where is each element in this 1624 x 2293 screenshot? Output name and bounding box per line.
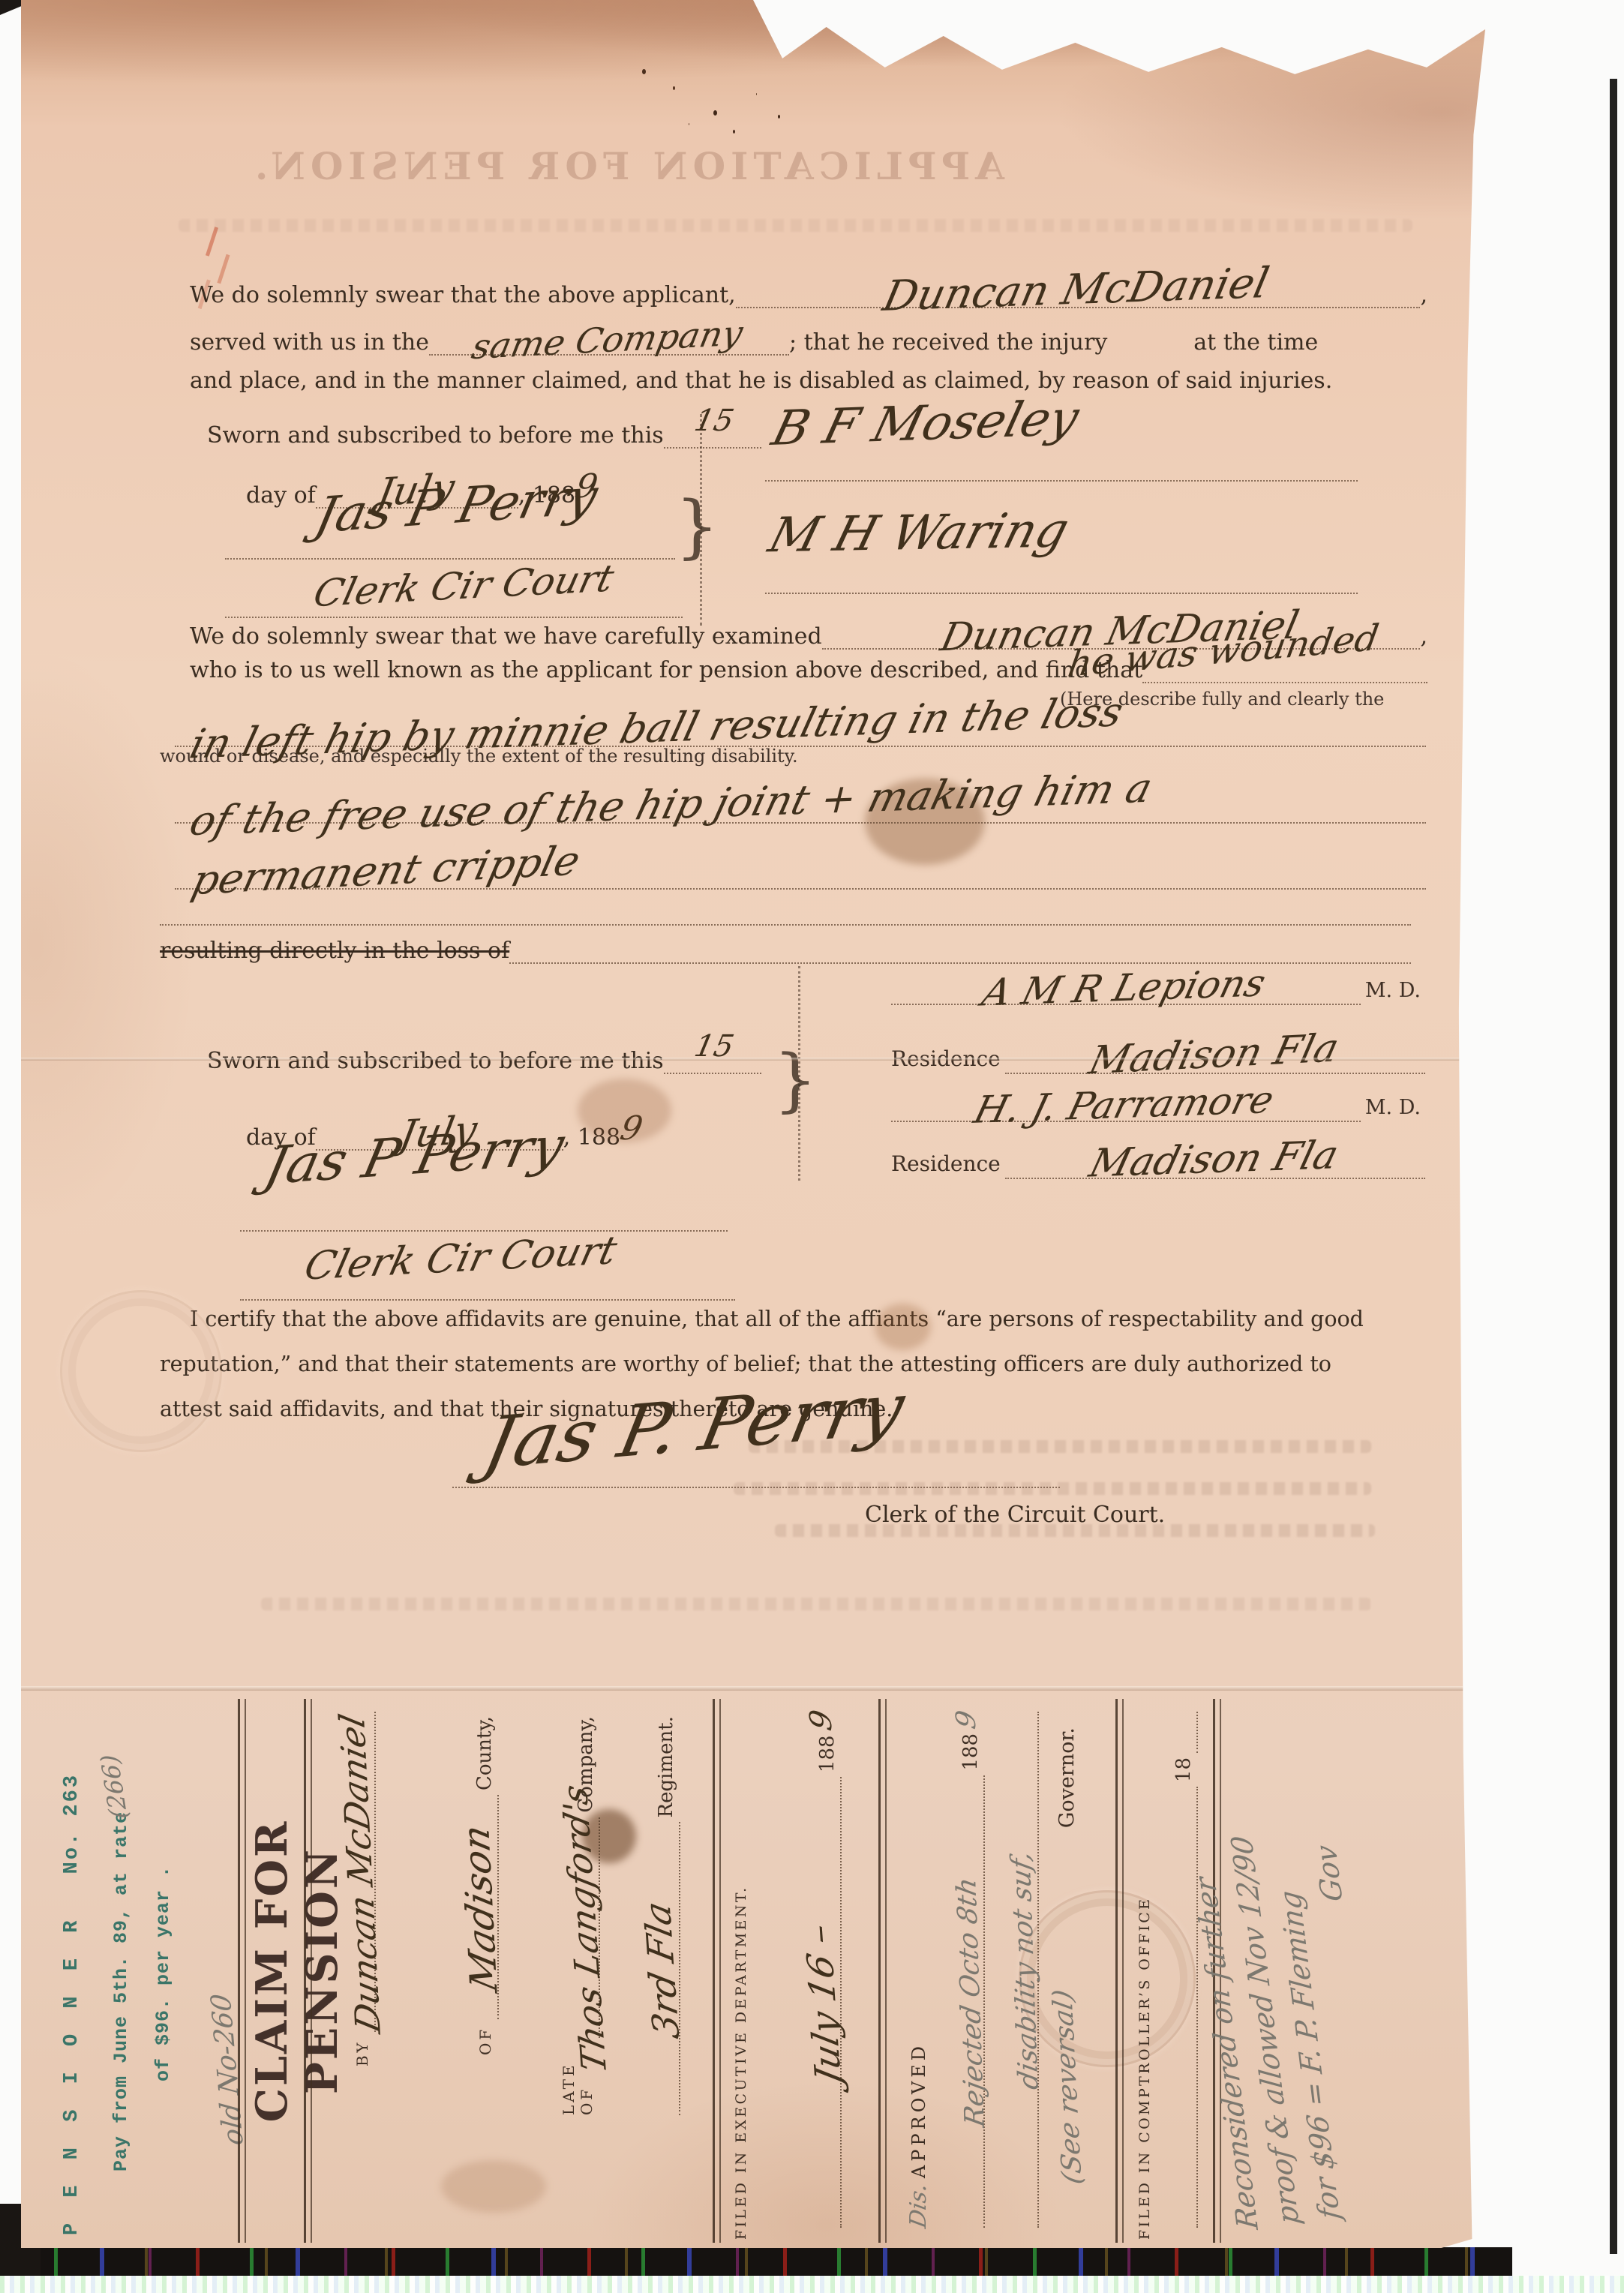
docket-rule bbox=[878, 1699, 887, 2243]
witness1-signature: B F Moseley bbox=[775, 396, 1076, 452]
pensioner-stamp-line2: Pay from June 5th. 89, at rate bbox=[110, 1811, 132, 2171]
bleed-line bbox=[261, 1598, 1371, 1610]
executive-filed-label: FILED IN EXECUTIVE DEPARTMENT. bbox=[733, 1885, 749, 2240]
scan-edge-strip bbox=[0, 2276, 1624, 2293]
clerk-title-2: Clerk Cir Court bbox=[308, 1236, 614, 1281]
clerk-signature-large: Jas P. Perry bbox=[490, 1384, 899, 1468]
applicant-name-script: Duncan McDaniel bbox=[879, 259, 1274, 321]
company-line: LATE OF Thos Langford's Company, bbox=[525, 1712, 600, 2228]
witness2-signature: M H Waring bbox=[771, 506, 1067, 561]
executive-year-printed: 188 bbox=[816, 1735, 839, 1772]
physician1-line: A M R Lepions M. D. bbox=[891, 960, 1425, 1005]
affidavit1-line1-suffix: , bbox=[1420, 282, 1427, 308]
embossed-seal bbox=[60, 1290, 222, 1452]
sworn-label: Sworn and subscribed to before me this bbox=[207, 1048, 664, 1074]
document-paper: APPLICATION FOR PENSION. We do solemnly … bbox=[21, 0, 1485, 2248]
governor-label: Governor. bbox=[1055, 1727, 1079, 1828]
affidavit2-line1-suffix: , bbox=[1420, 623, 1427, 650]
approved-pencil-reversal: (See reversal) bbox=[1047, 1988, 1088, 2186]
ink-specks bbox=[642, 69, 646, 74]
company-script: Thos Langford's bbox=[554, 1782, 614, 2076]
bleed-line bbox=[775, 1524, 1375, 1537]
approved-date-line: Rejected Octo 8th 188 9 bbox=[931, 1712, 985, 2228]
bracket-glyph-1: } bbox=[675, 486, 719, 566]
stain bbox=[578, 1079, 671, 1142]
clerk-signature-1: Jas P Perry bbox=[246, 477, 666, 535]
stain bbox=[875, 1304, 931, 1350]
affidavit1-line2-suffix: at the time bbox=[1193, 329, 1318, 356]
executive-date-line: July 16 – 188 9 bbox=[758, 1712, 842, 2228]
physician2-line: H. J. Parramore M. D. bbox=[891, 1077, 1425, 1122]
signature-rule bbox=[765, 593, 1358, 594]
pencil-note-line4: Gov bbox=[1305, 1844, 1354, 1903]
comptroller-filed-label: FILED IN COMPTROLLER’S OFFICE bbox=[1136, 1897, 1153, 2240]
residence2-line: Residence Madison Fla bbox=[891, 1116, 1425, 1179]
affidavit1-line1: We do solemnly swear that the above appl… bbox=[190, 258, 1427, 308]
bleed-line bbox=[179, 219, 1412, 232]
pensioner-stamp-number: No. 263 bbox=[61, 1773, 83, 1874]
bracket-glyph-2: } bbox=[773, 1040, 818, 1120]
of-label: OF bbox=[476, 2027, 494, 2055]
regiment-script: 3rd Fla bbox=[637, 1898, 688, 2042]
claimant-script: Duncan McDaniel bbox=[332, 1711, 389, 2036]
claimant-line: BY Duncan McDaniel bbox=[310, 1712, 376, 2228]
docket-rule bbox=[238, 1699, 246, 2243]
certification-line1: I certify that the above affidavits are … bbox=[190, 1307, 1364, 1331]
signature-rule bbox=[240, 1299, 735, 1301]
approved-year-printed: 188 bbox=[959, 1733, 982, 1771]
executive-year-script: 9 bbox=[804, 1707, 839, 1733]
scan-noise-strip bbox=[0, 2247, 1512, 2276]
pencil-scribble: (266) bbox=[95, 1754, 134, 1819]
affidavit1-sworn-line: Sworn and subscribed to before me this 1… bbox=[207, 413, 785, 449]
fold-crease bbox=[21, 1686, 1485, 1691]
approved-reason-line: disability not suf, bbox=[992, 1712, 1039, 2228]
description-line-1: in left hip by minnie ball resulting in … bbox=[175, 681, 1426, 747]
affidavit1-line3: and place, and in the manner claimed, an… bbox=[190, 368, 1332, 394]
approved-pencil-reason: disability not suf, bbox=[1006, 1849, 1045, 2092]
pensioner-stamp-line3: of $96. per year . bbox=[152, 1865, 174, 2081]
bleed-line bbox=[734, 1482, 1371, 1495]
docket-panel: P E N S I O N E R No. 263 Pay from June … bbox=[41, 1691, 1493, 2250]
affidavit1-line2-mid: ; that he received the injury bbox=[789, 329, 1107, 356]
approved-pencil-date: Rejected Octo 8th bbox=[951, 1875, 990, 2129]
blank-rule bbox=[160, 924, 1411, 926]
scan-frame-line bbox=[1610, 79, 1617, 2254]
executive-date-script: July 16 – bbox=[797, 1920, 850, 2087]
certification-line2: reputation,” and that their statements a… bbox=[160, 1352, 1331, 1376]
docket-rule bbox=[713, 1699, 721, 2243]
finding-script: he was wounded bbox=[1071, 630, 1376, 672]
company-script: same Company bbox=[469, 313, 746, 368]
clerk-title-1: Clerk Cir Court bbox=[269, 564, 659, 608]
sworn-label: Sworn and subscribed to before me this bbox=[207, 422, 664, 449]
affidavit2-line2-prefix: who is to us well known as the applicant… bbox=[190, 657, 1142, 683]
struck-clause: resulting directly in the loss of bbox=[160, 938, 509, 964]
description-line-3: permanent cripple bbox=[175, 825, 1426, 890]
pensioner-stamp-line1: P E N S I O N E R No. 263 bbox=[61, 1773, 83, 2235]
residence1-line: Residence Madison Fla bbox=[891, 1010, 1425, 1074]
county-script: Madison bbox=[454, 1821, 506, 1995]
affidavit1-line2: served with us in the same Company ; tha… bbox=[190, 314, 1427, 356]
approved-label: APPROVED bbox=[908, 2042, 929, 2178]
ghost-title: APPLICATION FOR PENSION. bbox=[250, 144, 1004, 188]
governor-pencil-note: Reconsidered on further proof & allowed … bbox=[1164, 1690, 1392, 2231]
day-script: 15 bbox=[692, 404, 737, 438]
regiment-label: Regiment. bbox=[655, 1716, 677, 1817]
signature-rule bbox=[240, 1230, 728, 1232]
description-line-2: of the free use of the hip joint + makin… bbox=[175, 753, 1426, 824]
county-label: County, bbox=[473, 1716, 496, 1790]
physician1-title: M. D. bbox=[1365, 979, 1421, 1002]
county-line: OF Madison County, bbox=[420, 1712, 499, 2228]
fold-crease bbox=[21, 1058, 1485, 1061]
approved-pencil-prefix: Dis. bbox=[905, 2181, 932, 2230]
signature-rule bbox=[765, 480, 1358, 482]
residence-label: Residence bbox=[891, 1151, 1001, 1176]
affidavit2-line1-prefix: We do solemnly swear that we have carefu… bbox=[190, 623, 822, 650]
approved-year-script: 9 bbox=[951, 1708, 982, 1732]
docket-rule bbox=[1115, 1699, 1124, 2243]
affidavit1-line1-prefix: We do solemnly swear that the above appl… bbox=[190, 282, 736, 308]
affidavit2-sworn-line: Sworn and subscribed to before me this 1… bbox=[207, 1038, 785, 1074]
regiment-line: 3rd Fla Regiment. bbox=[613, 1712, 680, 2228]
by-label: BY bbox=[353, 2039, 371, 2066]
clerk-signature-2: Jas P Perry bbox=[269, 1125, 560, 1187]
affidavit1-line2-prefix: served with us in the bbox=[190, 329, 429, 356]
